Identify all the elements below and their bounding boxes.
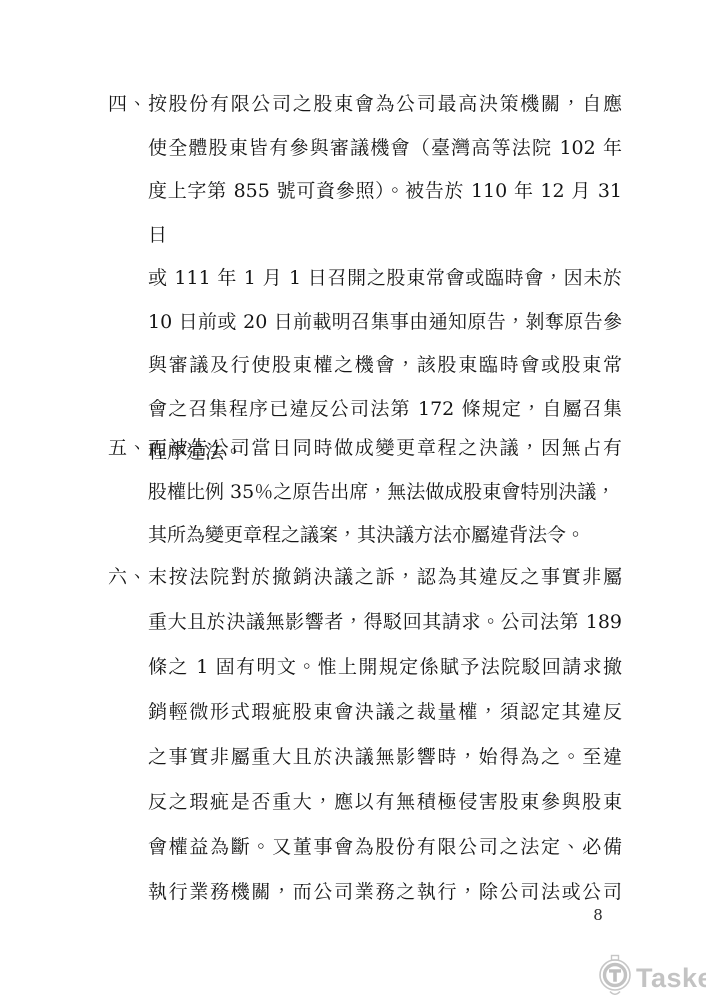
text-line: 銷輕微形式瑕疵股東會決議之裁量權，須認定其違反 [148, 690, 622, 735]
paragraph-5-body: 而被告公司當日同時做成變更章程之決議，因無占有 股權比例 35％之原告出席，無法… [148, 427, 622, 558]
paragraph-6: 六、 末按法院對於撤銷決議之訴，認為其違反之事實非屬 重大且於決議無影響者，得駁… [108, 555, 622, 915]
text-line: 末按法院對於撤銷決議之訴，認為其違反之事實非屬 [148, 555, 622, 600]
tasker-watermark: Tasker [596, 954, 706, 1000]
text-line: 會之召集程序已違反公司法第 172 條規定，自屬召集 [148, 388, 622, 432]
paragraph-4-marker: 四、 [108, 83, 148, 127]
paragraph-5-marker: 五、 [108, 427, 148, 471]
text-line: 其所為變更章程之議案，其決議方法亦屬違背法令。 [148, 514, 622, 558]
text-line: 與審議及行使股東權之機會，該股東臨時會或股東常 [148, 344, 622, 388]
text-line: 或 111 年 1 月 1 日召開之股東常會或臨時會，因未於 [148, 257, 622, 301]
text-line: 反之瑕疵是否重大，應以有無積極侵害股東參與股東 [148, 780, 622, 825]
paragraph-4: 四、 按股份有限公司之股東會為公司最高決策機關，自應 使全體股東皆有參與審議機會… [108, 83, 622, 475]
paragraph-4-body: 按股份有限公司之股東會為公司最高決策機關，自應 使全體股東皆有參與審議機會（臺灣… [148, 83, 622, 475]
text-line: 而被告公司當日同時做成變更章程之決議，因無占有 [148, 427, 622, 471]
text-line: 按股份有限公司之股東會為公司最高決策機關，自應 [148, 83, 622, 127]
paragraph-5: 五、 而被告公司當日同時做成變更章程之決議，因無占有 股權比例 35％之原告出席… [108, 427, 622, 558]
tasker-wordmark: Tasker [636, 965, 706, 992]
text-line: 重大且於決議無影響者，得駁回其請求。公司法第 189 [148, 600, 622, 645]
text-line: 會權益為斷。又董事會為股份有限公司之法定、必備 [148, 825, 622, 870]
text-line: 股權比例 35％之原告出席，無法做成股東會特別決議， [148, 471, 622, 515]
text-line: 使全體股東皆有參與審議機會（臺灣高等法院 102 年 [148, 127, 622, 171]
document-page: 四、 按股份有限公司之股東會為公司最高決策機關，自應 使全體股東皆有參與審議機會… [0, 0, 706, 1000]
text-line: 條之 1 固有明文。惟上開規定係賦予法院駁回請求撤 [148, 645, 622, 690]
paragraph-6-marker: 六、 [108, 555, 148, 600]
paragraph-6-body: 末按法院對於撤銷決議之訴，認為其違反之事實非屬 重大且於決議無影響者，得駁回其請… [148, 555, 622, 915]
text-line: 度上字第 855 號可資參照）。被告於 110 年 12 月 31 日 [148, 170, 622, 257]
text-line: 之事實非屬重大且於決議無影響時，始得為之。至違 [148, 735, 622, 780]
page-number: 8 [588, 906, 608, 924]
text-line: 10 日前或 20 日前載明召集事由通知原告，剝奪原告參 [148, 301, 622, 345]
text-line: 執行業務機關，而公司業務之執行，除公司法或公司 [148, 870, 622, 915]
tasker-logo-icon [596, 954, 634, 1000]
